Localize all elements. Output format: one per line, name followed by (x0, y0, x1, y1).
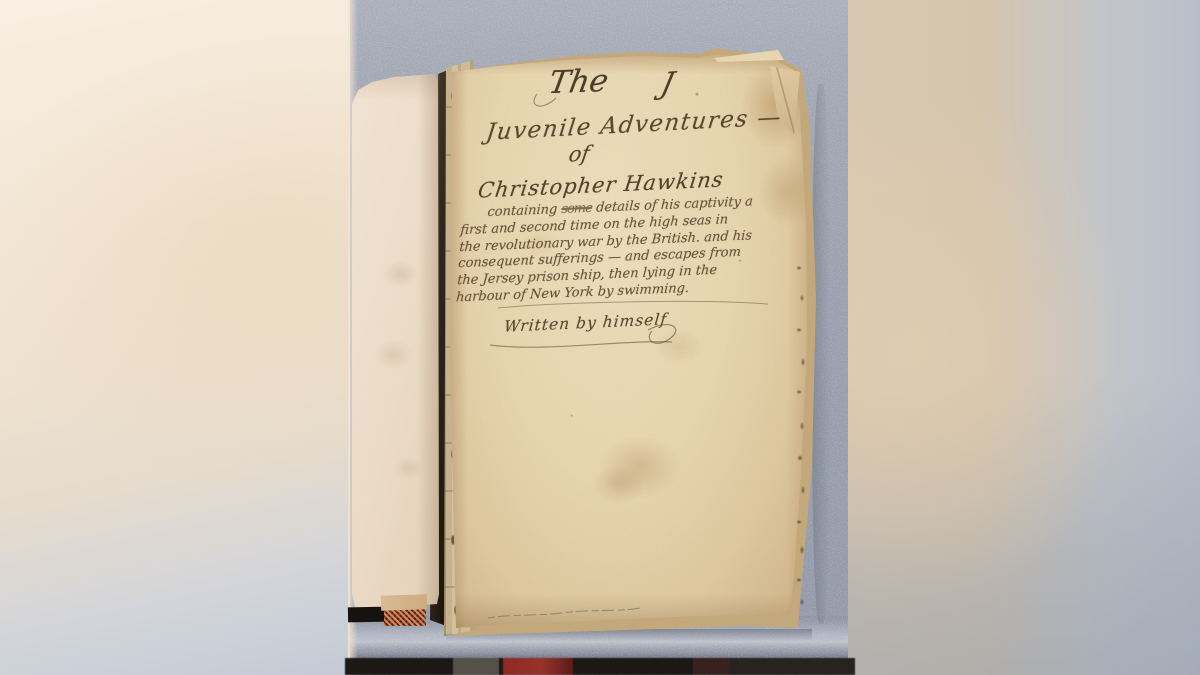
left-blank-page (346, 74, 440, 614)
book-shadow-right (812, 84, 830, 624)
under-table-gray-patch (453, 658, 499, 675)
dark-object-under-table (693, 658, 729, 675)
blurred-background-left (0, 0, 350, 675)
crossed-out-word: some (561, 201, 592, 217)
handwritten-title-the: The (546, 63, 611, 101)
blurred-background-right (848, 0, 1200, 675)
paragraph-line-1-pre: containing (487, 202, 558, 220)
fore-edge-ink-marks (794, 250, 810, 622)
handwritten-subtitle-paragraph: containing some details of his captivity… (455, 192, 809, 307)
handwritten-title-of: of (567, 141, 591, 166)
red-object-under-table (503, 658, 573, 675)
under-table-shadow (345, 658, 855, 675)
photo-antique-manuscript: The J Juvenile Adventures — of Christoph… (0, 0, 1200, 675)
under-table-floor (729, 658, 855, 675)
paper-repair-flap (381, 594, 427, 611)
